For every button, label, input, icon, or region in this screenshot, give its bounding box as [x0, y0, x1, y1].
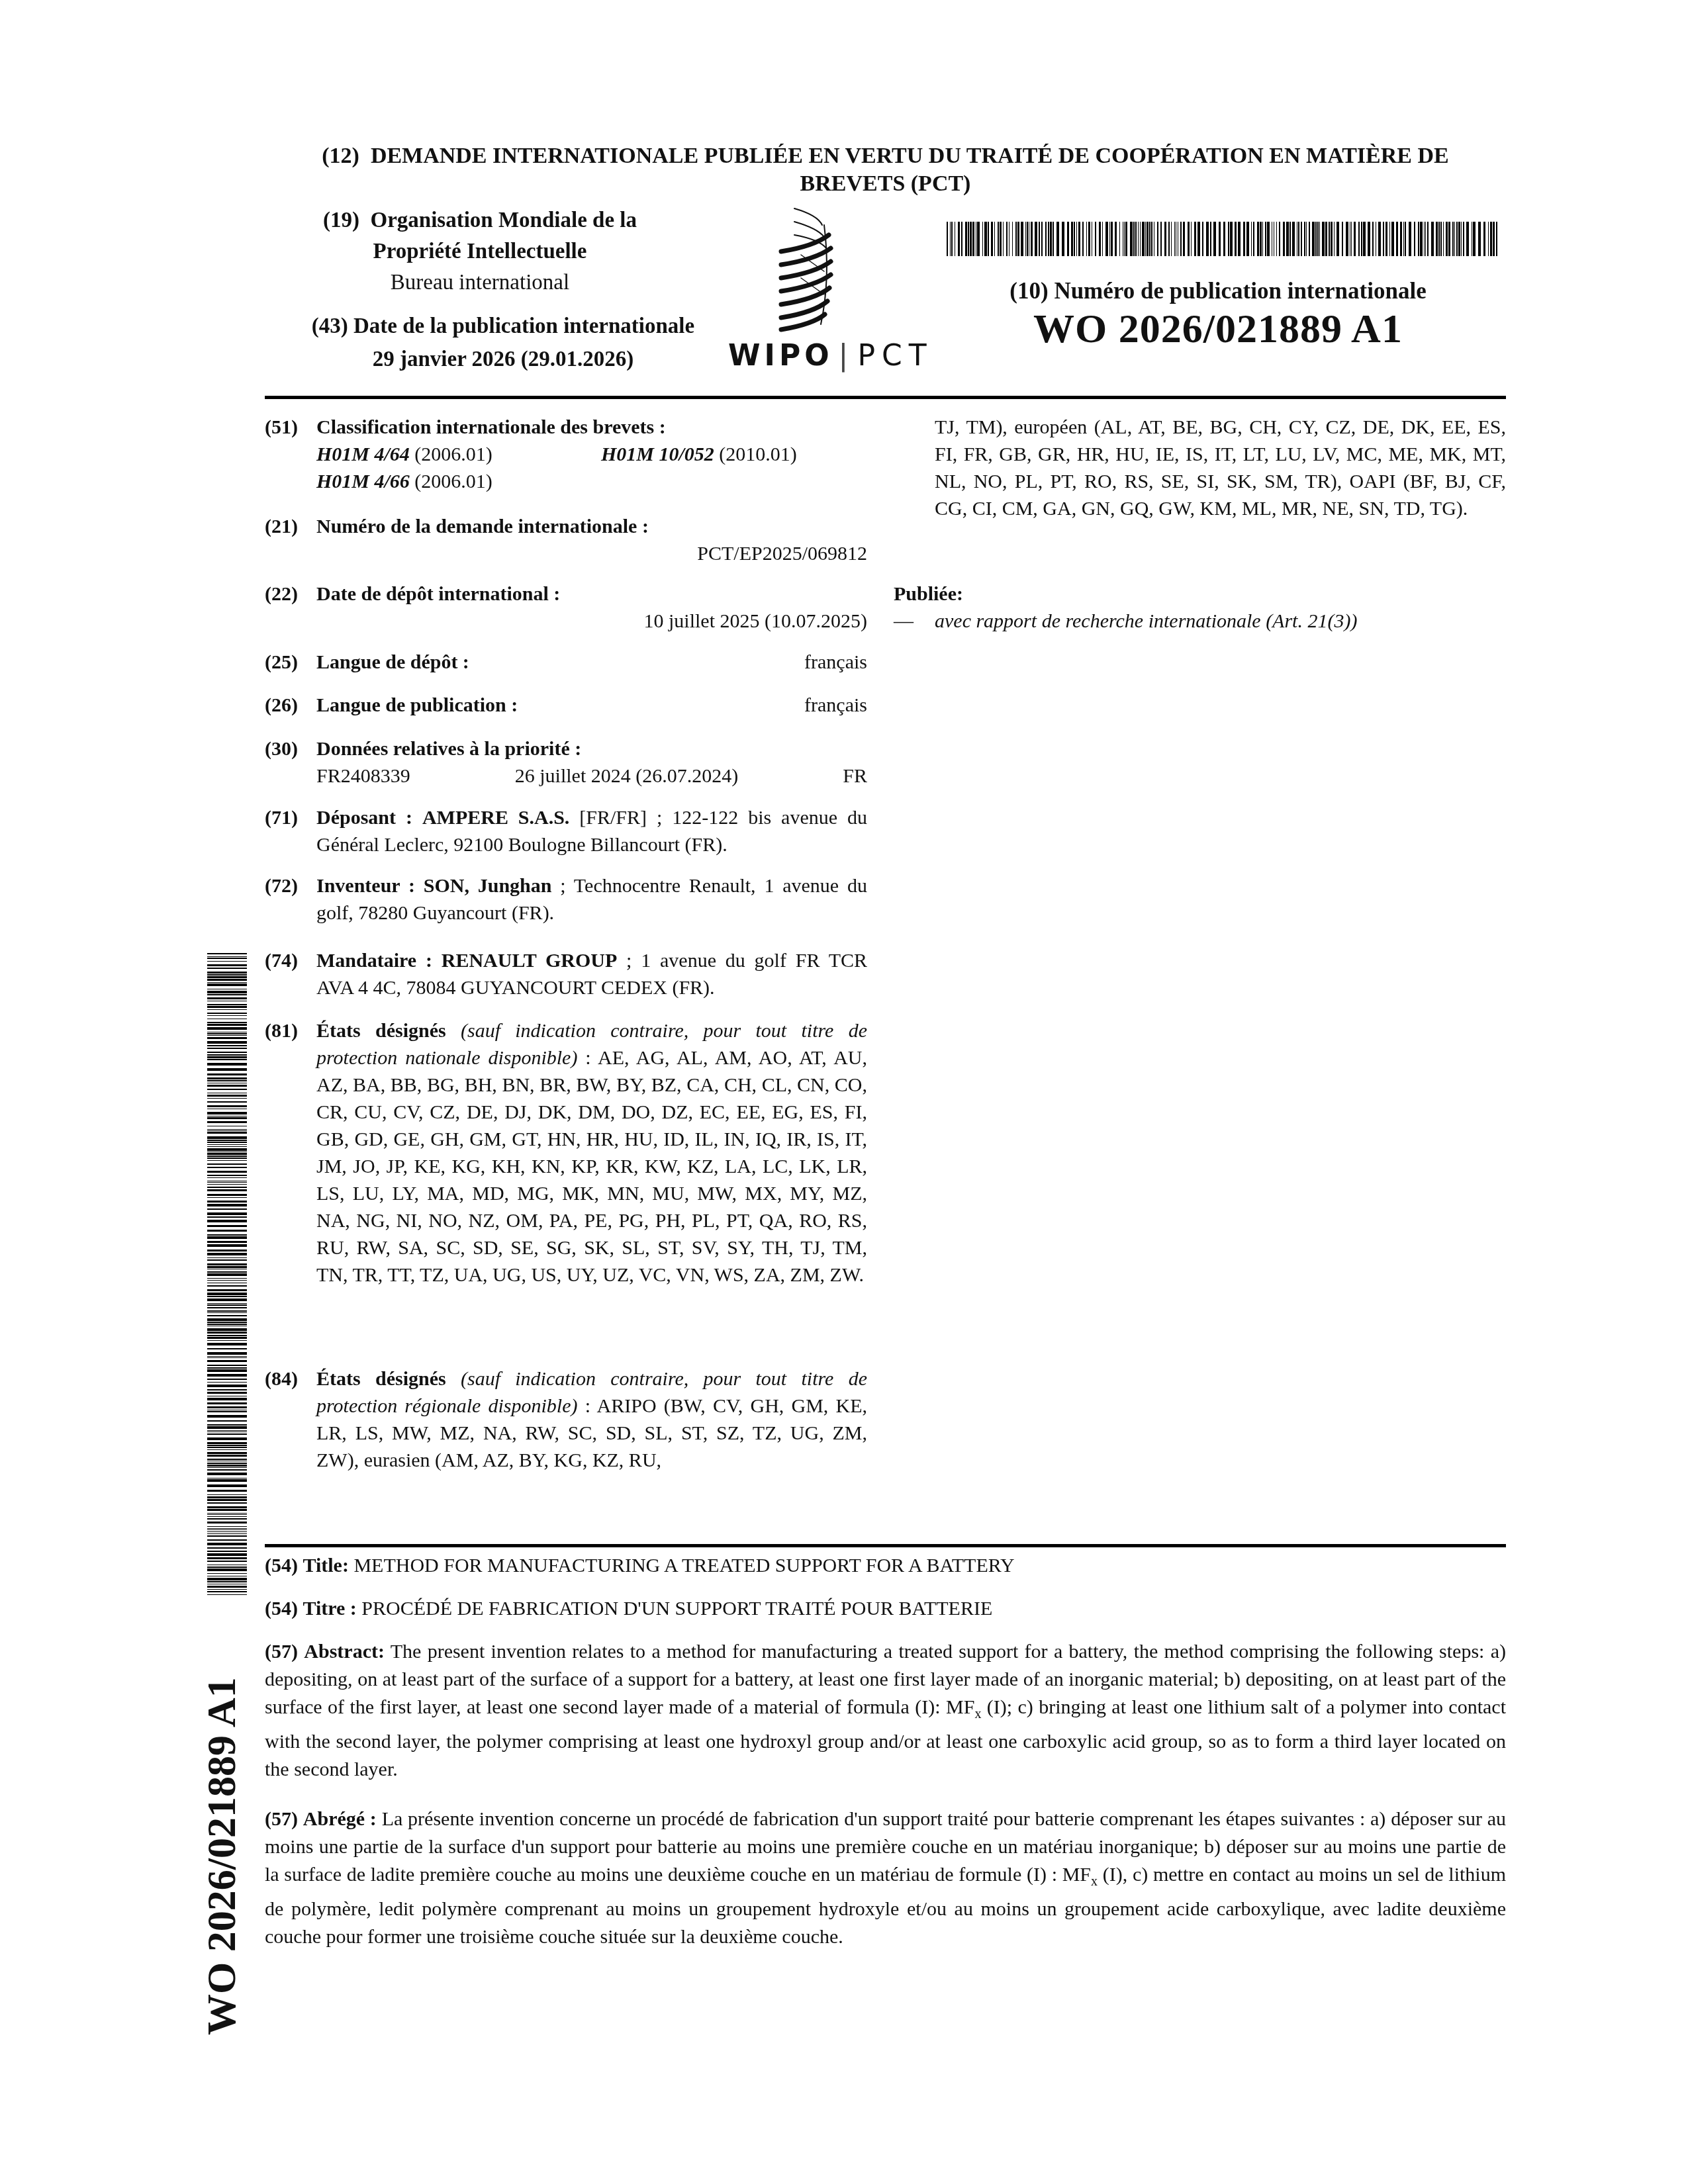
field-72-label: Inventeur :	[316, 875, 415, 897]
field-84-label: États désignés	[316, 1368, 446, 1390]
field-22-code: (22)	[265, 580, 298, 608]
field-30-label: Données relatives à la priorité :	[316, 735, 867, 762]
field-71-applicant: (71) Déposant : AMPERE S.A.S. [FR/FR] ; …	[265, 804, 867, 858]
header-title-line1: DEMANDE INTERNATIONALE PUBLIÉE EN VERTU …	[371, 144, 1449, 168]
logo-separator: |	[839, 339, 853, 373]
field-72-inventor: (72) Inventeur : SON, Junghan ; Technoce…	[265, 872, 867, 927]
document-header: (12) DEMANDE INTERNATIONALE PUBLIÉE EN V…	[265, 142, 1506, 198]
bibliographic-right-column: TJ, TM), européen (AL, AT, BE, BG, CH, C…	[894, 414, 1506, 522]
wipo-pct-wordmark: WIPO|PCT	[728, 339, 933, 373]
field-71-code: (71)	[265, 804, 298, 831]
field-72-code: (72)	[265, 872, 298, 899]
ipc-class-3: H01M 4/66	[316, 471, 410, 492]
priority-country: FR	[843, 762, 867, 790]
ipc-version-3: (2006.01)	[414, 471, 492, 492]
publication-number-code: (10)	[1009, 278, 1048, 304]
barcode-icon	[947, 222, 1499, 256]
field-25-code: (25)	[265, 649, 298, 676]
field-81-states: : AE, AG, AL, AM, AO, AT, AU, AZ, BA, BB…	[316, 1047, 867, 1286]
field-25-filing-language: (25) Langue de dépôt : français	[265, 649, 867, 676]
ipc-class-2: H01M 10/052	[601, 443, 714, 465]
abstract-en-subscript: x	[974, 1707, 981, 1721]
publication-date-label: Date de la publication internationale	[353, 314, 694, 338]
field-25-label: Langue de dépôt :	[316, 649, 469, 676]
published-item: avec rapport de recherche internationale…	[935, 608, 1357, 635]
header-code: (12)	[322, 144, 359, 168]
title-fr: (54) Titre : PROCÉDÉ DE FABRICATION D'UN…	[265, 1595, 1506, 1623]
field-21-label: Numéro de la demande internationale :	[316, 513, 867, 540]
field-84-states-continued: TJ, TM), européen (AL, AT, BE, BG, CH, C…	[935, 414, 1506, 522]
field-21-application-number: (21) Numéro de la demande internationale…	[265, 513, 867, 567]
field-30-code: (30)	[265, 735, 298, 762]
abstract-fr-label: Abrégé :	[303, 1808, 377, 1830]
field-26-code: (26)	[265, 692, 298, 719]
field-71-label: Déposant :	[316, 807, 412, 829]
ipc-class-1: H01M 4/64	[316, 443, 410, 465]
wipo-globe-icon	[755, 199, 854, 338]
title-en: (54) Title: METHOD FOR MANUFACTURING A T…	[265, 1552, 1506, 1580]
published-bullet: —	[894, 608, 935, 635]
inventor-name: SON, Junghan	[424, 875, 552, 897]
abstract-en: (57) Abstract: The present invention rel…	[265, 1638, 1506, 1784]
title-fr-value: PROCÉDÉ DE FABRICATION D'UN SUPPORT TRAI…	[361, 1598, 992, 1619]
ipc-version-1: (2006.01)	[414, 443, 492, 465]
organization-block: (19) Organisation Mondiale de la Proprié…	[275, 205, 685, 298]
header-title-line2: BREVETS (PCT)	[265, 170, 1506, 198]
wipo-label: WIPO	[728, 339, 833, 373]
published-block: Publiée: — avec rapport de recherche int…	[894, 580, 1506, 635]
field-74-code: (74)	[265, 947, 298, 974]
organization-bureau: Bureau international	[275, 267, 685, 298]
title-en-label: Title:	[303, 1555, 348, 1576]
published-label: Publiée:	[894, 580, 1506, 608]
abstract-fr-code: (57)	[265, 1808, 298, 1830]
pct-label: PCT	[857, 339, 933, 373]
field-30-priority-data: (30) Données relatives à la priorité : F…	[265, 735, 867, 790]
field-21-value: PCT/EP2025/069812	[316, 540, 867, 567]
organization-name-line2: Propriété Intellectuelle	[275, 236, 685, 267]
publication-date-value: 29 janvier 2026 (29.01.2026)	[271, 343, 735, 376]
barcode-icon	[207, 953, 247, 1598]
field-51-code: (51)	[265, 414, 298, 441]
title-fr-label: Titre :	[303, 1598, 356, 1619]
abstract-fr: (57) Abrégé : La présente invention conc…	[265, 1805, 1506, 1951]
publication-number: WO 2026/021889 A1	[927, 306, 1509, 353]
field-81-code: (81)	[265, 1017, 298, 1044]
field-74-agent: (74) Mandataire : RENAULT GROUP ; 1 aven…	[265, 947, 867, 1001]
abstract-fr-subscript: x	[1091, 1874, 1098, 1889]
header-divider	[265, 396, 1506, 399]
publication-date-block: (43) Date de la publication internationa…	[271, 310, 735, 376]
field-26-label: Langue de publication :	[316, 692, 518, 719]
publication-number-label-text: Numéro de publication internationale	[1054, 278, 1426, 304]
organization-name-line1: Organisation Mondiale de la	[371, 208, 637, 232]
applicant-name: AMPERE S.A.S.	[422, 807, 569, 829]
field-74-label: Mandataire :	[316, 950, 432, 972]
field-26-value: français	[804, 692, 867, 719]
field-51-classification: (51) Classification internationale des b…	[265, 414, 867, 495]
field-26-publication-language: (26) Langue de publication : français	[265, 692, 867, 719]
publication-date-code: (43)	[312, 314, 348, 338]
side-publication-number: WO 2026/021889 A1	[199, 1677, 246, 2035]
titles-divider	[265, 1544, 1506, 1547]
priority-date: 26 juillet 2024 (26.07.2024)	[515, 762, 738, 790]
field-25-value: français	[804, 649, 867, 676]
priority-number: FR2408339	[316, 762, 410, 790]
abstract-en-label: Abstract:	[304, 1641, 385, 1662]
title-en-value: METHOD FOR MANUFACTURING A TREATED SUPPO…	[353, 1555, 1014, 1576]
organization-code: (19)	[323, 208, 359, 232]
field-21-code: (21)	[265, 513, 298, 540]
publication-number-label: (10) Numéro de publication international…	[927, 278, 1509, 304]
agent-name: RENAULT GROUP	[442, 950, 618, 972]
title-en-code: (54)	[265, 1555, 298, 1576]
field-22-filing-date: (22) Date de dépôt international : 10 ju…	[265, 580, 867, 635]
field-81-label: États désignés	[316, 1020, 446, 1042]
field-81-designated-states-national: (81) États désignés (sauf indication con…	[265, 1017, 867, 1289]
field-51-label: Classification internationale des brevet…	[316, 414, 867, 441]
field-84-code: (84)	[265, 1365, 298, 1392]
field-22-label: Date de dépôt international :	[316, 580, 867, 608]
field-22-value: 10 juillet 2025 (10.07.2025)	[316, 608, 867, 635]
abstract-en-code: (57)	[265, 1641, 298, 1662]
ipc-version-2: (2010.01)	[719, 443, 796, 465]
field-84-designated-states-regional: (84) États désignés (sauf indication con…	[265, 1365, 867, 1474]
title-fr-code: (54)	[265, 1598, 298, 1619]
